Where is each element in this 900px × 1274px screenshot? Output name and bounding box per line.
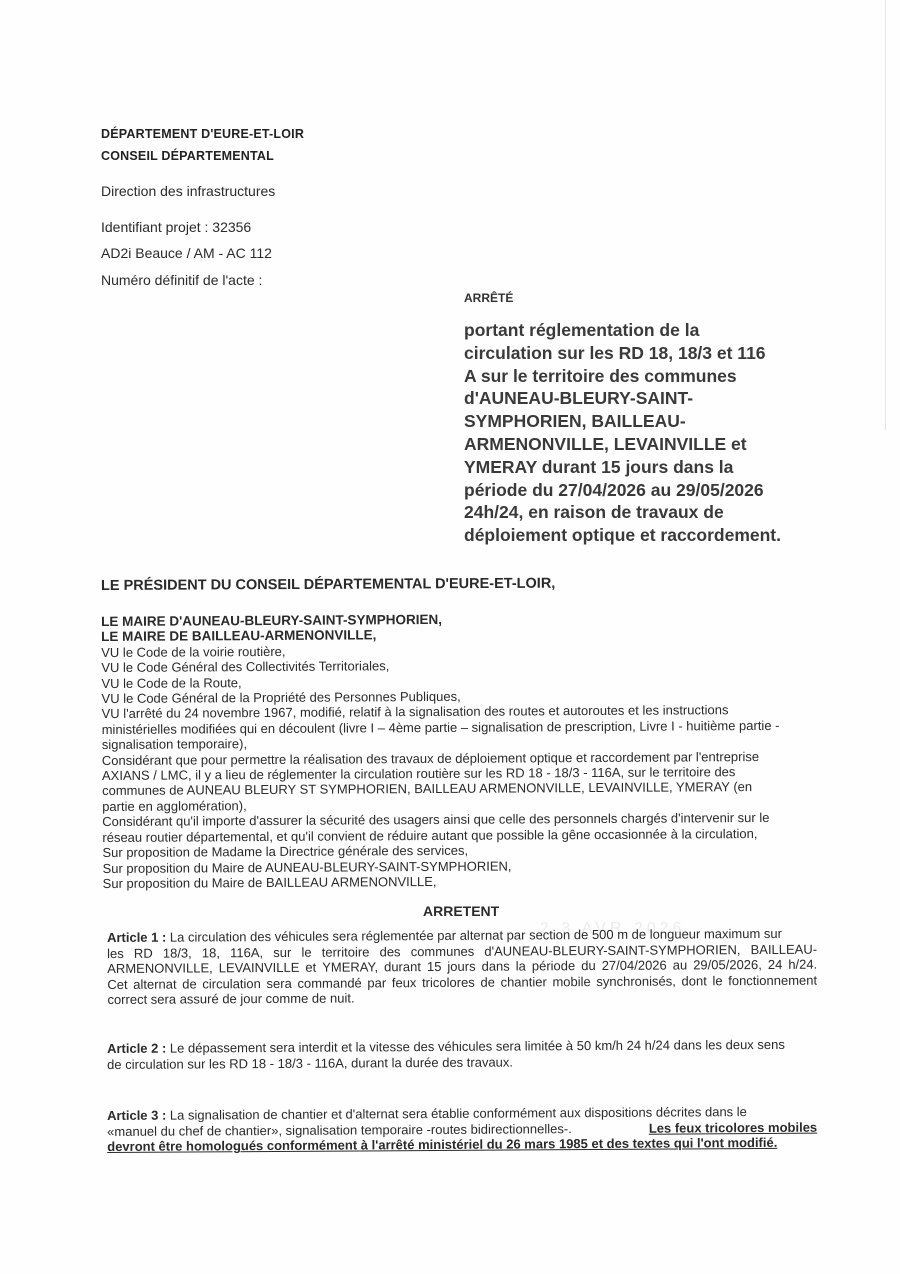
title-line: A sur le territoire des communes [464, 365, 781, 388]
title-line: période du 27/04/2026 au 29/05/2026 [464, 479, 781, 502]
article-3: Article 3 : La signalisation de chantier… [107, 1104, 817, 1155]
article-2: Article 2 : Le dépassement sera interdit… [107, 1037, 817, 1073]
arretent-heading: ARRETENT [423, 903, 499, 919]
article-1: Article 1 : La circulation des véhicules… [107, 926, 817, 1008]
arrete-title: portant réglementation de la circulation… [464, 319, 781, 547]
title-line: 24h/24, en raison de travaux de [464, 501, 781, 524]
title-line: YMERAY durant 15 jours dans la [464, 456, 781, 479]
scan-artifact-line [885, 0, 886, 430]
arrete-label: ARRÊTÉ [464, 291, 513, 305]
ad2i-reference: AD2i Beauce / AM - AC 112 [101, 245, 272, 261]
title-line: déploiement optique et raccordement. [464, 524, 781, 547]
document-page: 2 3 AVR 2026 DÉPARTEMENT D'EURE-ET-LOIR … [0, 0, 900, 1274]
title-line: SYMPHORIEN, BAILLEAU- [464, 410, 781, 433]
project-id: Identifiant projet : 32356 [101, 219, 251, 235]
article-line: correct sera assuré de jour comme de nui… [107, 988, 817, 1008]
direction-name: Direction des infrastructures [101, 183, 275, 199]
title-line: portant réglementation de la [464, 319, 781, 342]
article-label: Article 3 : [107, 1108, 166, 1123]
title-line: circulation sur les RD 18, 18/3 et 116 [464, 342, 781, 365]
emphasis-text: devront être homologués conformément à l… [107, 1135, 777, 1155]
president-heading: LE PRÉSIDENT DU CONSEIL DÉPARTEMENTAL D'… [101, 576, 555, 594]
council-name: CONSEIL DÉPARTEMENTAL [101, 149, 274, 163]
title-line: ARMENONVILLE, LEVAINVILLE et [464, 433, 781, 456]
act-number-label: Numéro définitif de l'acte : [101, 272, 262, 288]
visa-line: Sur proposition du Maire de BAILLEAU ARM… [103, 872, 781, 892]
department-name: DÉPARTEMENT D'EURE-ET-LOIR [101, 127, 304, 141]
title-line: d'AUNEAU-BLEURY-SAINT- [464, 387, 781, 410]
emphasis-text: Les feux tricolores mobiles [649, 1119, 817, 1136]
article-label: Article 2 : [107, 1041, 166, 1056]
article-line: de circulation sur les RD 18 - 18/3 - 11… [107, 1052, 817, 1072]
article-label: Article 1 : [107, 930, 166, 945]
visas-block: LE MAIRE D'AUNEAU-BLEURY-SAINT-SYMPHORIE… [101, 610, 780, 891]
